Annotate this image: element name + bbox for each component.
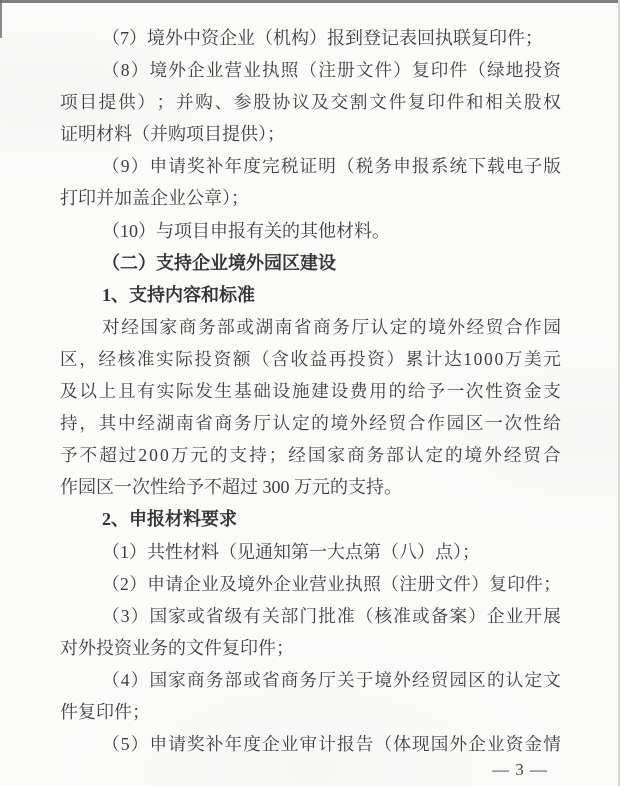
text-line: 对经国家商务部或湖南省商务厅认定的境外经贸合作园 (60, 311, 561, 343)
text-line: （5）申请奖补年度企业审计报告（体现国外企业资金情 (60, 728, 561, 760)
heading-line: （二）支持企业境外园区建设 (60, 247, 561, 279)
text-line: （8）境外企业营业执照（注册文件）复印件（绿地投资 (60, 54, 561, 86)
text-line: （2）申请企业及境外企业营业执照（注册文件）复印件； (60, 568, 561, 600)
heading-line: 2、申报材料要求 (60, 503, 561, 535)
text-line: 区，经核准实际投资额（含收益再投资）累计达1000万美元 (60, 343, 561, 375)
text-line: 予不超过200万元的支持；经国家商务部认定的境外经贸合 (60, 439, 561, 471)
document-body: （7）境外中资企业（机构）报到登记表回执联复印件；（8）境外企业营业执照（注册文… (60, 22, 561, 760)
text-line: 项目提供）；并购、参股协议及交割文件复印件和相关股权 (60, 86, 561, 118)
text-line: 及以上且有实际发生基础设施建设费用的给予一次性资金支 (60, 375, 561, 407)
page-number: — 3 — (492, 759, 548, 781)
text-line: （7）境外中资企业（机构）报到登记表回执联复印件； (60, 22, 561, 54)
scan-top-edge (0, 0, 620, 3)
text-line: 对外投资业务的文件复印件； (60, 632, 561, 664)
text-line: （9）申请奖补年度完税证明（税务申报系统下载电子版 (60, 150, 561, 182)
text-line: 作园区一次性给予不超过 300 万元的支持。 (60, 471, 561, 503)
scanned-page: { "page": { "number_label": "— 3 —" }, "… (0, 0, 620, 786)
text-line: （3）国家或省级有关部门批准（核准或备案）企业开展 (60, 600, 561, 632)
scan-left-edge (0, 0, 2, 38)
text-line: （10）与项目申报有关的其他材料。 (60, 215, 561, 247)
text-line: 件复印件； (60, 696, 561, 728)
text-line: （4）国家商务部或省商务厅关于境外经贸园区的认定文 (60, 664, 561, 696)
text-line: 持，其中经湖南省商务厅认定的境外经贸合作园区一次性给 (60, 407, 561, 439)
text-line: 打印并加盖企业公章）； (60, 182, 561, 214)
heading-line: 1、支持内容和标准 (60, 279, 561, 311)
text-line: （1）共性材料（见通知第一大点第（八）点）； (60, 536, 561, 568)
text-line: 证明材料（并购项目提供）； (60, 118, 561, 150)
